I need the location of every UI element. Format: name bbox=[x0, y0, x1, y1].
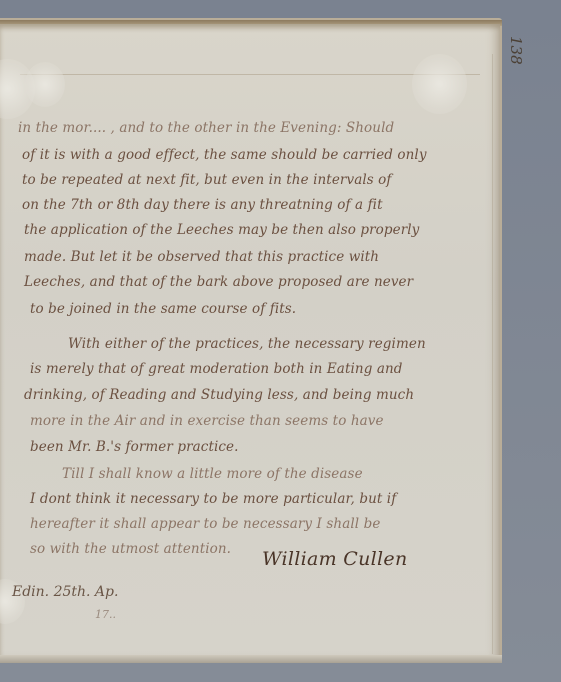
text-line: Leeches, and that of the bark above prop… bbox=[24, 274, 413, 290]
text-line: the application of the Leeches may be th… bbox=[24, 222, 419, 238]
text-line: made. But let it be observed that this p… bbox=[24, 249, 379, 265]
text-line: to be joined in the same course of fits. bbox=[30, 301, 296, 317]
text-line: been Mr. B.'s former practice. bbox=[30, 439, 239, 455]
text-line: hereafter it shall appear to be necessar… bbox=[30, 516, 380, 532]
signature: William Cullen bbox=[262, 548, 408, 570]
page-bottom-edge bbox=[0, 655, 502, 663]
paper-stain bbox=[412, 54, 467, 114]
folio-number: 138 bbox=[507, 36, 525, 65]
text-line: in the mor.... , and to the other in the… bbox=[18, 120, 394, 136]
text-line: to be repeated at next fit, but even in … bbox=[22, 172, 392, 188]
text-line: of it is with a good effect, the same sh… bbox=[22, 147, 427, 163]
text-line: Till I shall know a little more of the d… bbox=[62, 466, 363, 482]
date-subline: 17.. bbox=[95, 608, 116, 621]
text-line: on the 7th or 8th day there is any threa… bbox=[22, 197, 383, 213]
paper-stain bbox=[25, 62, 65, 107]
margin-crease bbox=[492, 54, 493, 654]
text-line: drinking, of Reading and Studying less, … bbox=[24, 387, 414, 403]
text-line: more in the Air and in exercise than see… bbox=[30, 413, 384, 429]
text-line: With either of the practices, the necess… bbox=[68, 336, 426, 352]
text-line: so with the utmost attention. bbox=[30, 541, 231, 557]
date-line: Edin. 25th. Ap. bbox=[12, 584, 118, 600]
text-line: is merely that of great moderation both … bbox=[30, 361, 403, 377]
text-line: I dont think it necessary to be more par… bbox=[30, 491, 396, 507]
fold-crease bbox=[20, 74, 480, 75]
